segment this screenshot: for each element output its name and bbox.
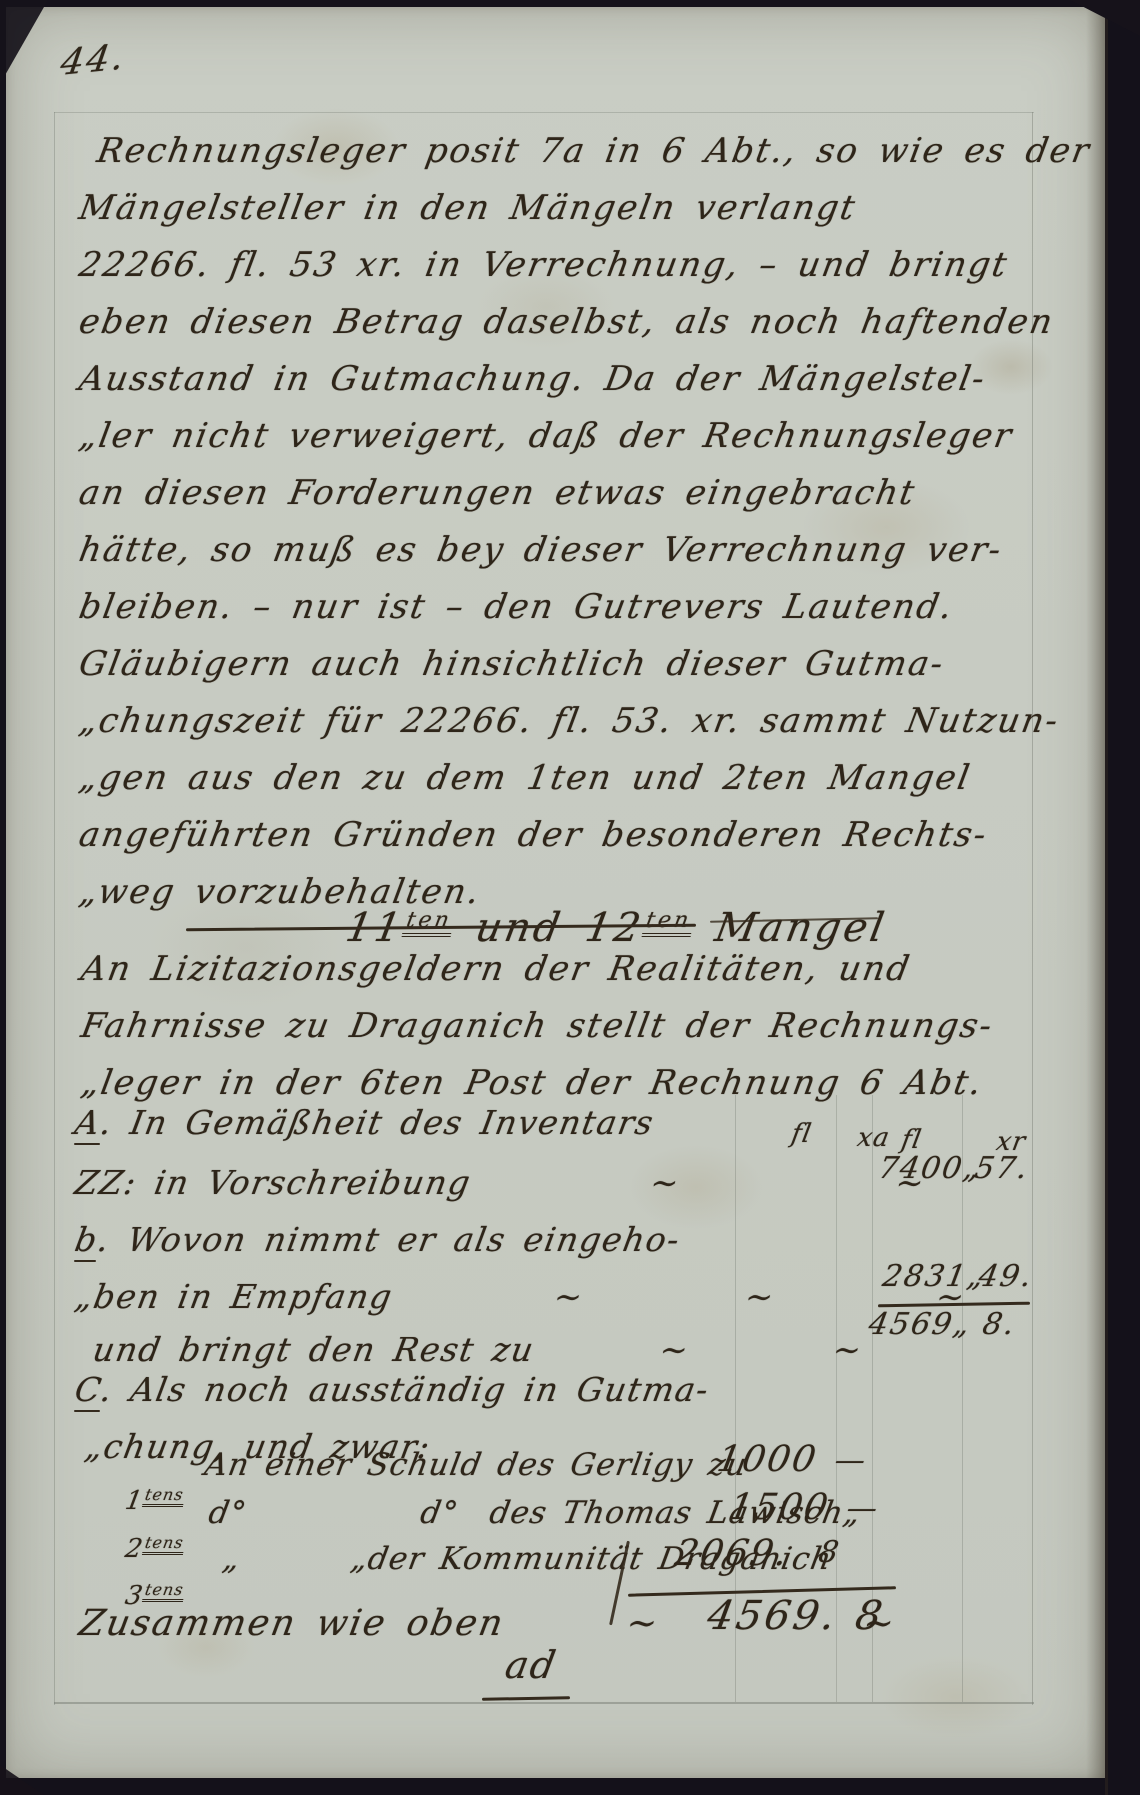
item-amount-xr: — <box>832 1443 870 1478</box>
label-underline <box>74 1260 96 1262</box>
column-header-xa: xa <box>855 1123 892 1153</box>
amount-xr: 57. <box>972 1151 1032 1186</box>
manuscript-line: 22266. fl. 53 xr. in Verrechnung, – und … <box>76 245 1011 285</box>
scanned-manuscript: 44. Rechnungsleger posit 7a in 6 Abt., s… <box>0 0 1140 1795</box>
account-row-label: b. Wovon nimmt er als eingeho- <box>72 1220 684 1259</box>
item-amount-xr: — <box>844 1491 882 1526</box>
manuscript-line: Rechnungsleger posit 7a in 6 Abt., so wi… <box>94 131 1094 171</box>
manuscript-line: eben diesen Betrag daselbst, als noch ha… <box>76 302 1057 342</box>
item-amount-fl: 2069. <box>672 1533 792 1574</box>
folio-number: 44. <box>58 37 128 84</box>
ordinal-suffix: tens <box>142 1580 186 1602</box>
heading-ordinal-suffix: ten <box>402 908 456 937</box>
manuscript-line: hätte, so muß es bey dieser Verrechnung … <box>76 530 1006 570</box>
amount-fl: 7400„ <box>876 1151 984 1186</box>
heading-number: 12 <box>582 905 647 951</box>
manuscript-line: Mängelsteller in den Mängeln verlangt <box>76 188 860 228</box>
pencil-margin-right <box>1032 112 1033 1705</box>
account-row-label: A. In Gemäßheit des Inventars <box>72 1103 657 1142</box>
account-row-label: C. Als noch ausständig in Gutma- <box>72 1370 713 1409</box>
manuscript-line: „chungszeit für 22266. fl. 53. xr. sammt… <box>76 701 1063 741</box>
manuscript-line: bleiben. – nur ist – den Gutrevers Laute… <box>76 587 957 627</box>
pencil-margin-left <box>54 112 55 1705</box>
item-text: An einer Schuld des Gerligy zu <box>202 1447 750 1483</box>
manuscript-line: An Lizitazionsgeldern der Realitäten, un… <box>78 949 914 989</box>
heading-word: Mangel <box>688 905 890 951</box>
column-header-fl: fl <box>789 1119 814 1149</box>
total-amount-fl: 4569. <box>704 1593 842 1639</box>
manuscript-line: Fahrnisse zu Draganich stellt der Rechnu… <box>78 1006 997 1046</box>
manuscript-line: Gläubigern auch hinsichtlich dieser Gutm… <box>76 644 948 684</box>
manuscript-page: 44. Rechnungsleger posit 7a in 6 Abt., s… <box>6 7 1105 1778</box>
page-fold-shadow <box>1086 7 1105 1778</box>
amount-xr: 8. <box>980 1307 1019 1342</box>
item-amount-xr: 8 <box>816 1535 843 1570</box>
label-underline <box>74 1410 100 1412</box>
account-row-label: und bringt den Rest zu ~ ~ <box>90 1330 866 1369</box>
manuscript-line: „ler nicht verweigert, daß der Rechnungs… <box>76 416 1016 456</box>
catchword-underline <box>482 1696 570 1701</box>
next-page-edge <box>1105 4 1133 1795</box>
account-row-label: „ben in Empfang ~ ~ ~ <box>72 1277 969 1316</box>
account-row-label: ZZ: in Vorschreibung ~ ~ <box>72 1163 928 1202</box>
catchword: ad <box>502 1643 561 1687</box>
item-amount-fl: 1000 <box>714 1439 821 1480</box>
pencil-margin-bottom <box>54 1702 1034 1704</box>
manuscript-line: Ausstand in Gutmachung. Da der Mängelste… <box>76 359 989 399</box>
pencil-column-line <box>962 1095 963 1702</box>
item-amount-fl: 1500 <box>726 1487 833 1528</box>
manuscript-line: „leger in der 6ten Post der Rechnung 6 A… <box>78 1063 986 1103</box>
manuscript-line: angeführten Gründen der besonderen Recht… <box>76 815 991 855</box>
amount-xr: 49. <box>976 1259 1036 1294</box>
label-underline <box>74 1143 100 1145</box>
amount-fl: 4569„ <box>866 1307 974 1342</box>
manuscript-line: „gen aus den zu dem 1ten und 2ten Mangel <box>76 758 974 798</box>
manuscript-line: an diesen Forderungen etwas eingebracht <box>76 473 919 513</box>
heading-ordinal-suffix: ten <box>641 908 695 937</box>
pencil-margin-top <box>54 112 1034 113</box>
amount-fl: 2831„ <box>880 1259 988 1294</box>
